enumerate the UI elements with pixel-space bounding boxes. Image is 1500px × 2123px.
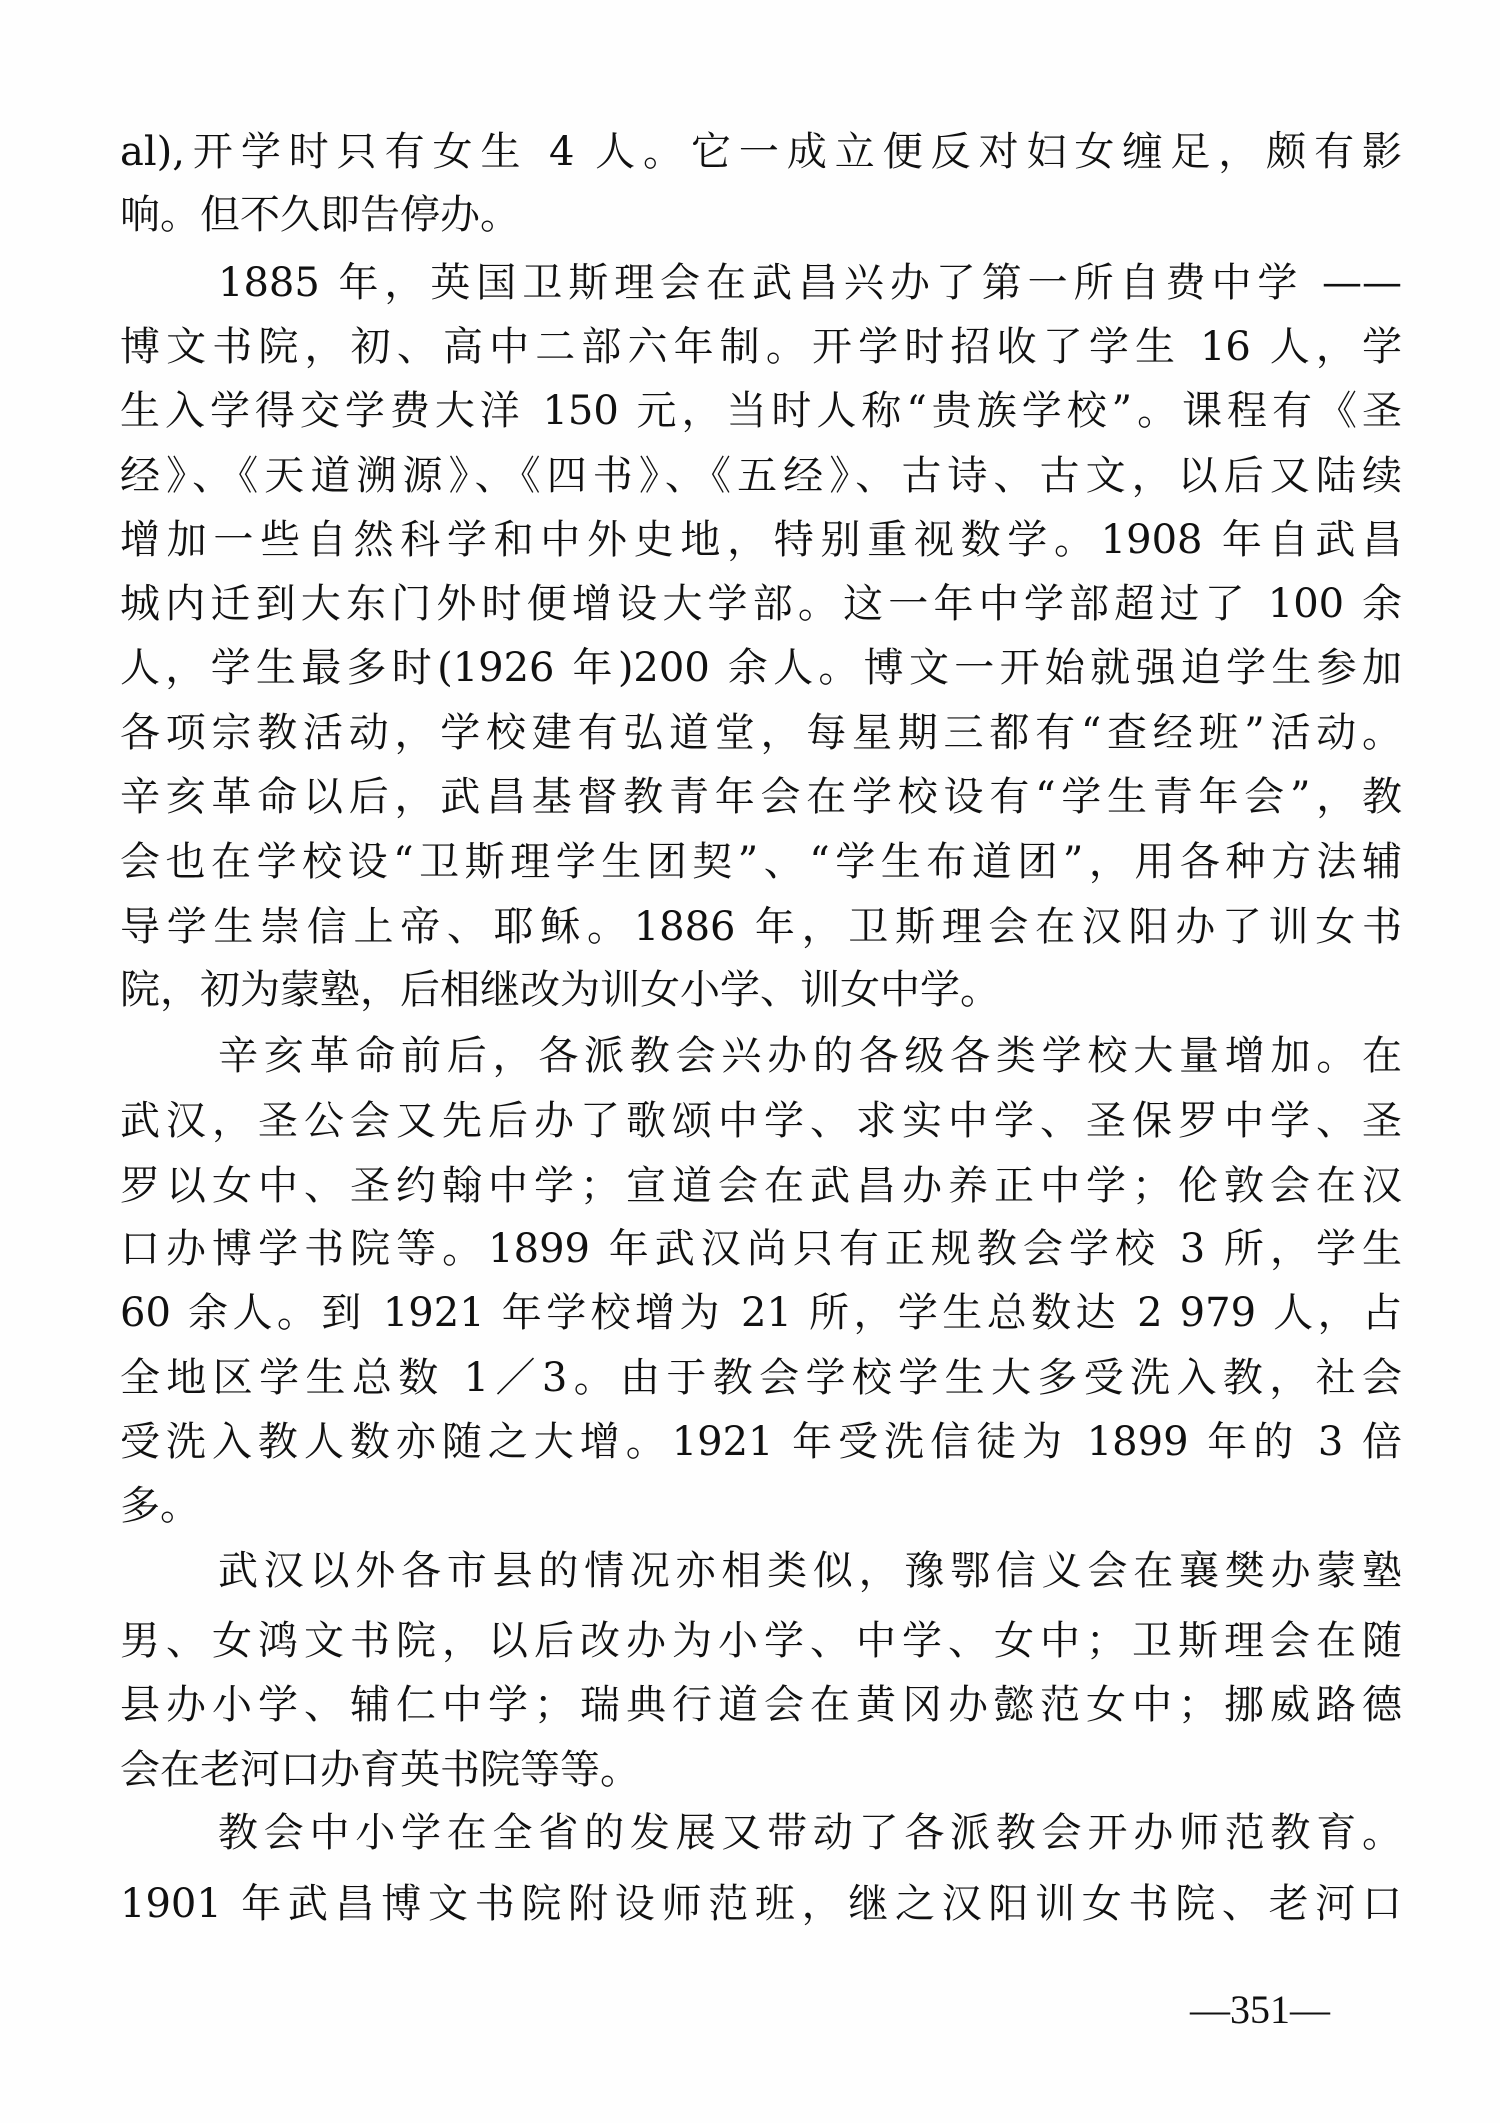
text-line: 城内迁到大东门外时便增设大学部。这一年中学部超过了 100 余 (120, 572, 1402, 636)
text-line: 博文书院，初、高中二部六年制。开学时招收了学生 16 人，学 (120, 315, 1402, 379)
text-line: 辛亥革命以后，武昌基督教青年会在学校设有“学生青年会”，教 (120, 765, 1402, 829)
text-line: 导学生崇信上帝、耶稣。1886 年，卫斯理会在汉阳办了训女书 (120, 895, 1402, 959)
text-line: 全地区学生总数 1／3。由于教会学校学生大多受洗入教，社会 (120, 1346, 1402, 1410)
text-line: 各项宗教活动，学校建有弘道堂，每星期三都有“查经班”活动。 (120, 701, 1402, 765)
paragraph-first-line: 武汉以外各市县的情况亦相类似，豫鄂信义会在襄樊办蒙塾 (218, 1539, 1402, 1603)
text-line: 1901 年武昌博文书院附设师范班，继之汉阳训女书院、老河口 (120, 1872, 1402, 1936)
text-line: 60 余人。到 1921 年学校增为 21 所，学生总数达 2 979 人，占 (120, 1281, 1402, 1345)
text-line: 经》、《天道溯源》、《四书》、《五经》、古诗、古文，以后又陆续 (120, 444, 1402, 508)
text-line: 会在老河口办育英书院等等。 (120, 1738, 1402, 1802)
text-line: 县办小学、辅仁中学；瑞典行道会在黄冈办懿范女中；挪威路德 (120, 1673, 1402, 1737)
text-line: 男、女鸿文书院，以后改办为小学、中学、女中；卫斯理会在随 (120, 1609, 1402, 1673)
text-line: 口办博学书院等。1899 年武汉尚只有正规教会学校 3 所，学生 (120, 1217, 1402, 1281)
text-line: 增加一些自然科学和中外史地，特别重视数学。1908 年自武昌 (120, 508, 1402, 572)
text-line: 院，初为蒙塾，后相继改为训女小学、训女中学。 (120, 958, 1402, 1022)
page-number: —351— (1190, 1985, 1330, 2035)
text-line: 多。 (120, 1474, 1402, 1538)
paragraph-first-line: 1885 年，英国卫斯理会在武昌兴办了第一所自费中学 —— (218, 251, 1402, 315)
text-line: 罗以女中、圣约翰中学；宣道会在武昌办养正中学；伦敦会在汉 (120, 1154, 1402, 1218)
text-line: al),开学时只有女生 4 人。它一成立便反对妇女缠足，颇有影 (120, 120, 1402, 184)
text-line: 武汉，圣公会又先后办了歌颂中学、求实中学、圣保罗中学、圣 (120, 1089, 1402, 1153)
text-line: 响。但不久即告停办。 (120, 183, 1402, 247)
text-line: 受洗入教人数亦随之大增。1921 年受洗信徒为 1899 年的 3 倍 (120, 1410, 1402, 1474)
text-line: 生入学得交学费大洋 150 元，当时人称“贵族学校”。课程有《圣 (120, 379, 1402, 443)
document-page: al),开学时只有女生 4 人。它一成立便反对妇女缠足，颇有影 响。但不久即告停… (0, 0, 1500, 2123)
paragraph-first-line: 辛亥革命前后，各派教会兴办的各级各类学校大量增加。在 (218, 1024, 1402, 1088)
text-line: 人，学生最多时(1926 年)200 余人。博文一开始就强迫学生参加 (120, 636, 1402, 700)
text-line: 会也在学校设“卫斯理学生团契”、“学生布道团”，用各种方法辅 (120, 830, 1402, 894)
paragraph-first-line: 教会中小学在全省的发展又带动了各派教会开办师范教育。 (218, 1801, 1402, 1865)
